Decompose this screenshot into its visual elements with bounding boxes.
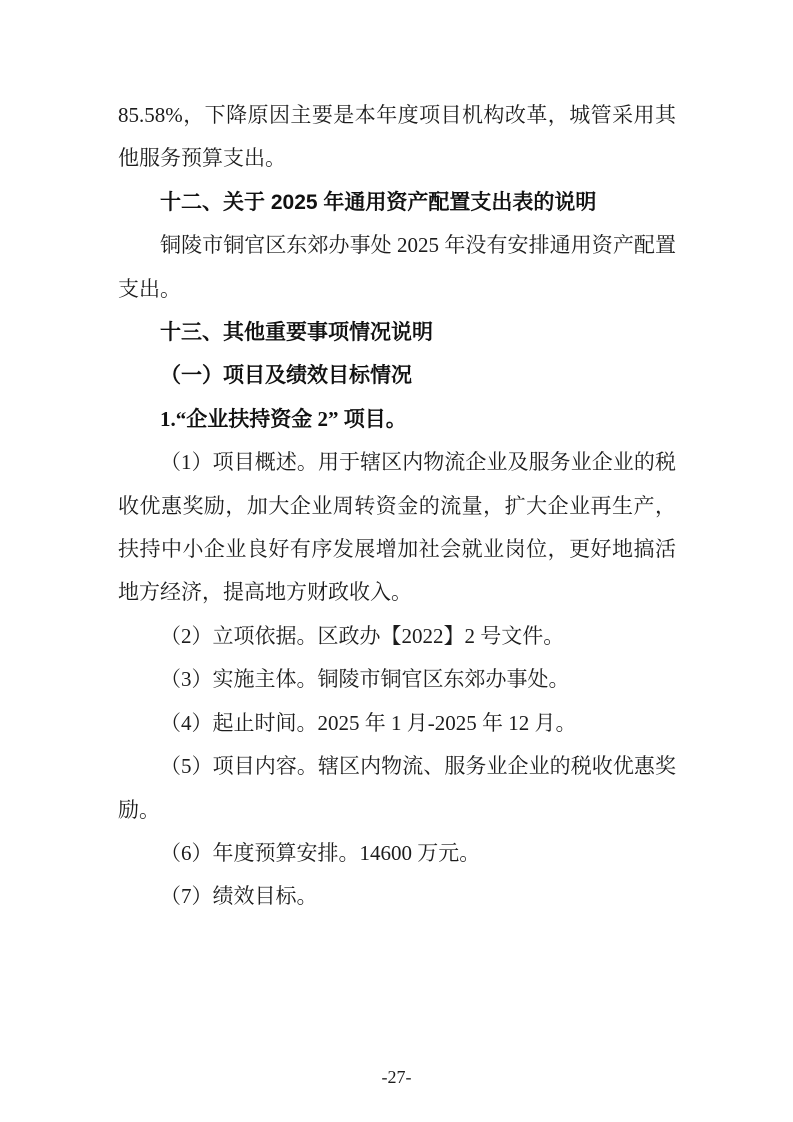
paragraph-project-duration: （4）起止时间。2025 年 1 月-2025 年 12 月。 <box>118 702 676 745</box>
paragraph-annual-budget: （6）年度预算安排。14600 万元。 <box>118 832 676 875</box>
document-body: 85.58%，下降原因主要是本年度项目机构改革，城管采用其他服务预算支出。 十二… <box>118 94 676 919</box>
paragraph-project-overview: （1）项目概述。用于辖区内物流企业及服务业企业的税收优惠奖励，加大企业周转资金的… <box>118 441 676 615</box>
project-heading-enterprise-support-fund: 1.“企业扶持资金 2” 项目。 <box>118 398 676 441</box>
paragraph-implementing-entity: （3）实施主体。铜陵市铜官区东郊办事处。 <box>118 658 676 701</box>
document-page: 85.58%，下降原因主要是本年度项目机构改革，城管采用其他服务预算支出。 十二… <box>0 0 793 1122</box>
subsection-heading-one: （一）项目及绩效目标情况 <box>118 354 676 397</box>
section-heading-thirteen: 十三、其他重要事项情况说明 <box>118 311 676 354</box>
paragraph-no-asset-allocation: 铜陵市铜官区东郊办事处 2025 年没有安排通用资产配置支出。 <box>118 224 676 311</box>
section-heading-twelve: 十二、关于 2025 年通用资产配置支出表的说明 <box>118 181 676 224</box>
page-number: -27- <box>0 1067 793 1088</box>
paragraph-project-content: （5）项目内容。辖区内物流、服务业企业的税收优惠奖励。 <box>118 745 676 832</box>
paragraph-project-basis: （2）立项依据。区政办【2022】2 号文件。 <box>118 615 676 658</box>
paragraph-performance-target: （7）绩效目标。 <box>118 875 676 918</box>
paragraph-continuation: 85.58%，下降原因主要是本年度项目机构改革，城管采用其他服务预算支出。 <box>118 94 676 181</box>
